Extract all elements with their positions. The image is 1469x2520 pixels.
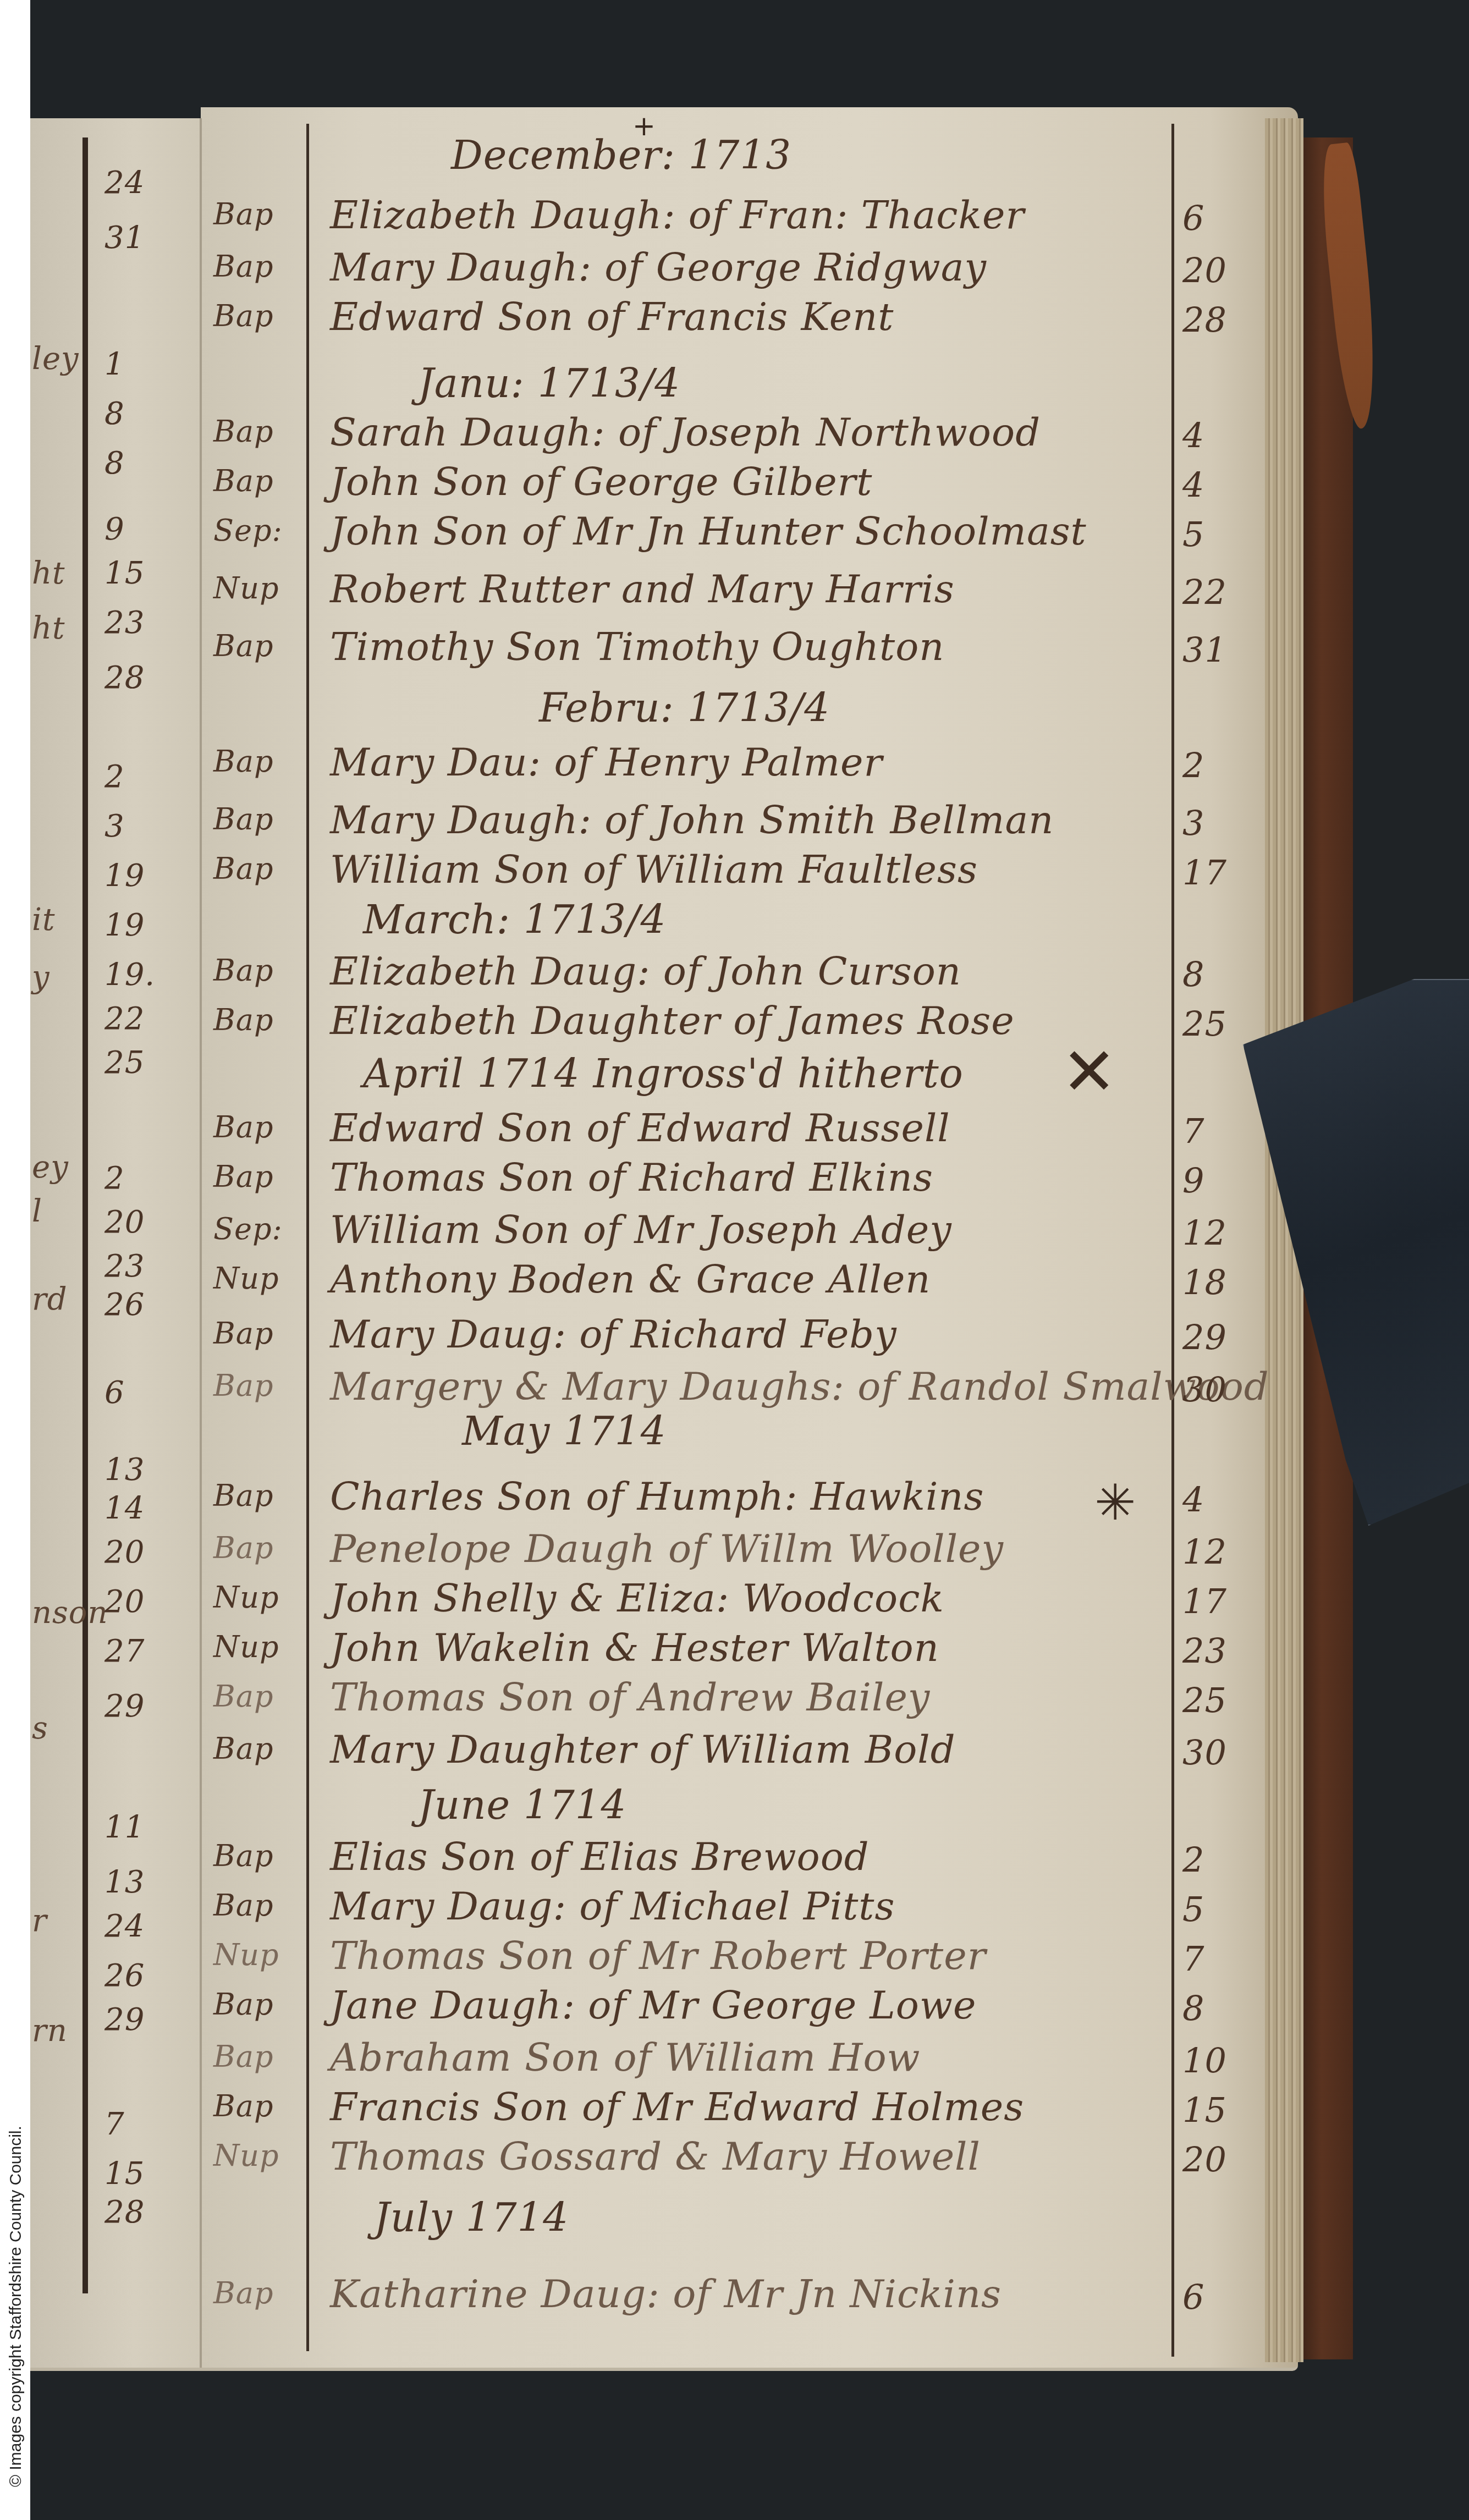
left-page-day-number: 2 (104, 759, 125, 795)
entry-day-number: 7 (1182, 1111, 1248, 1151)
entry-day-number: 30 (1182, 1369, 1248, 1410)
entry-type-label: Sep: (213, 1212, 283, 1246)
month-heading: May 1714 (462, 1408, 666, 1454)
left-page-fragment: rd (32, 1281, 68, 1317)
left-page-fragment: s (32, 1710, 48, 1746)
register-entry: Edward Son of Edward Russell (330, 1105, 950, 1151)
month-heading: April 1714 Ingross'd hitherto (363, 1050, 964, 1097)
register-entry: Penelope Daugh of Willm Woolley (330, 1526, 1004, 1571)
register-entry: Charles Son of Humph: Hawkins (330, 1474, 984, 1519)
entry-day-number: 2 (1182, 1840, 1248, 1880)
top-cross-mark: + (632, 110, 656, 142)
entry-type-label: Bap (213, 802, 273, 837)
left-page-fragment: y (32, 960, 50, 995)
copyright-notice: © Images copyright Staffordshire County … (7, 2126, 25, 2487)
left-page-fragment: ht (32, 555, 65, 591)
register-entry: Elizabeth Daugh: of Fran: Thacker (330, 192, 1025, 238)
month-heading: July 1714 (374, 2194, 569, 2241)
left-page-day-number: 14 (104, 1490, 145, 1526)
entry-type-label: Nup (213, 1630, 279, 1664)
entry-type-label: Bap (213, 197, 273, 232)
entry-day-number: 17 (1182, 852, 1248, 893)
entry-day-number: 23 (1182, 1631, 1248, 1671)
entry-day-number: 17 (1182, 1581, 1248, 1621)
register-entry: Elizabeth Daughter of James Rose (330, 998, 1015, 1043)
register-entry: John Wakelin & Hester Walton (330, 1625, 939, 1670)
left-page-day-number: 13 (104, 1864, 145, 1900)
register-entry: Thomas Son of Andrew Bailey (330, 1675, 930, 1720)
entry-day-number: 3 (1182, 803, 1248, 843)
entry-day-number: 25 (1182, 1004, 1248, 1044)
entry-type-label: Bap (213, 953, 273, 988)
left-page-day-number: 11 (104, 1809, 145, 1845)
entry-type-label: Bap (213, 851, 273, 886)
register-entry: John Son of Mr Jn Hunter Schoolmast (330, 509, 1087, 554)
entry-type-label: Nup (213, 2138, 279, 2173)
left-page-day-number: 26 (104, 1287, 145, 1323)
entry-day-number: 18 (1182, 1262, 1248, 1302)
entry-type-label: Bap (213, 1531, 273, 1565)
left-page-day-number: 23 (104, 605, 145, 641)
entry-type-label: Bap (213, 1368, 273, 1403)
register-entry: Thomas Son of Mr Robert Porter (330, 1933, 986, 1978)
entry-type-label: Nup (213, 1261, 279, 1296)
entry-day-number: 30 (1182, 1732, 1248, 1773)
entry-type-label: Bap (213, 1316, 273, 1351)
left-page-day-number: 28 (104, 660, 145, 696)
left-page-day-number: 2 (104, 1160, 125, 1196)
month-heading: June 1714 (418, 1782, 626, 1828)
entry-type-label: Bap (213, 299, 273, 333)
left-page-day-number: 9 (104, 511, 125, 547)
entry-type-label: Nup (213, 571, 279, 606)
register-entry: Mary Daugh: of George Ridgway (330, 245, 987, 290)
left-page-day-number: 29 (104, 2002, 145, 2038)
entry-day-number: 20 (1182, 2139, 1248, 2180)
entry-type-label: Bap (213, 1159, 273, 1194)
entry-type-label: Bap (213, 1888, 273, 1923)
entry-day-number: 5 (1182, 1889, 1248, 1929)
entry-type-label: Bap (213, 1987, 273, 2022)
entry-type-label: Sep: (213, 513, 283, 548)
register-entry: Timothy Son Timothy Oughton (330, 624, 944, 669)
entry-day-number: 4 (1182, 1479, 1248, 1520)
entry-day-number: 12 (1182, 1213, 1248, 1253)
entry-day-number: 25 (1182, 1680, 1248, 1720)
entry-type-label: Bap (213, 464, 273, 498)
register-entry: Thomas Gossard & Mary Howell (330, 2134, 981, 2179)
left-page-fragment: ley (32, 341, 79, 377)
entry-type-label: Bap (213, 2276, 273, 2310)
register-entry: Mary Dau: of Henry Palmer (330, 740, 883, 785)
type-column-rule (306, 124, 309, 2351)
entry-type-label: Bap (213, 1839, 273, 1873)
register-entry: Robert Rutter and Mary Harris (330, 566, 955, 612)
left-page-day-number: 23 (104, 1248, 145, 1284)
left-page-day-number: 19 (104, 858, 145, 894)
entry-day-number: 15 (1182, 2090, 1248, 2130)
entry-day-number: 5 (1182, 514, 1248, 554)
left-page-day-number: 24 (104, 165, 145, 201)
left-page-fragment: nson (32, 1595, 108, 1631)
entry-day-number: 29 (1182, 1317, 1248, 1357)
left-page-day-number: 7 (104, 2106, 125, 2142)
left-page-day-number: 8 (104, 396, 125, 432)
left-page-day-number: 20 (104, 1534, 145, 1570)
entry-type-label: Nup (213, 1580, 279, 1615)
entry-day-number: 20 (1182, 250, 1248, 290)
register-entry: Mary Daughter of William Bold (330, 1727, 955, 1772)
entry-day-number: 8 (1182, 954, 1248, 994)
left-page-rule (82, 137, 88, 2293)
register-entry: Francis Son of Mr Edward Holmes (330, 2084, 1024, 2130)
left-page-day-number: 22 (104, 1001, 145, 1037)
month-heading: March: 1713/4 (363, 896, 666, 943)
register-entry: Elizabeth Daug: of John Curson (330, 949, 961, 994)
left-page-day-number: 19 (104, 907, 145, 943)
entry-type-label: Bap (213, 1731, 273, 1766)
register-entry: John Shelly & Eliza: Woodcock (330, 1576, 944, 1621)
entry-day-number: 12 (1182, 1532, 1248, 1572)
left-page-day-number: 6 (104, 1375, 125, 1411)
entry-type-label: Bap (213, 414, 273, 449)
entry-day-number: 22 (1182, 572, 1248, 612)
left-page-day-number: 8 (104, 445, 125, 481)
left-page-day-number: 13 (104, 1452, 145, 1488)
register-entry: Jane Daugh: of Mr George Lowe (330, 1983, 976, 2028)
left-page-day-number: 1 (104, 346, 125, 382)
entry-type-label: Bap (213, 249, 273, 284)
left-page-day-number: 24 (104, 1908, 145, 1944)
entry-type-label: Bap (213, 629, 273, 663)
left-page-day-number: 15 (104, 555, 145, 591)
register-entry: Margery & Mary Daughs: of Randol Smalwoo… (330, 1364, 1269, 1409)
entry-day-number: 7 (1182, 1939, 1248, 1979)
left-page-day-number: 25 (104, 1045, 145, 1081)
entry-day-number: 6 (1182, 2277, 1248, 2317)
register-entry: Abraham Son of William How (330, 2035, 920, 2080)
entry-type-label: Bap (213, 1478, 273, 1513)
entry-day-number: 4 (1182, 465, 1248, 505)
entry-day-number: 31 (1182, 630, 1248, 670)
day-column-rule (1171, 124, 1174, 2357)
register-entry: Mary Daug: of Richard Feby (330, 1312, 897, 1357)
register-entry: Thomas Son of Richard Elkins (330, 1155, 933, 1200)
asterisk-mark: ✳ (1094, 1474, 1136, 1532)
left-page-fragment: rn (32, 2013, 68, 2049)
register-entry: John Son of George Gilbert (330, 459, 872, 504)
register-entry: Edward Son of Francis Kent (330, 294, 894, 339)
left-page-day-number: 3 (104, 808, 125, 844)
left-page-fragment: l (32, 1193, 42, 1229)
entry-type-label: Bap (213, 2039, 273, 2074)
entry-day-number: 8 (1182, 1988, 1248, 2028)
month-heading: Janu: 1713/4 (418, 360, 680, 406)
left-page-day-number: 15 (104, 2156, 145, 2192)
entry-type-label: Bap (213, 1679, 273, 1714)
entry-type-label: Bap (213, 1110, 273, 1145)
register-entry: William Son of William Faultless (330, 847, 978, 892)
left-page-day-number: 19. (104, 957, 155, 993)
left-page-day-number: 28 (104, 2194, 145, 2230)
cross-mark: ✕ (1061, 1034, 1117, 1110)
entry-day-number: 28 (1182, 300, 1248, 340)
entry-day-number: 9 (1182, 1160, 1248, 1201)
register-entry: Mary Daugh: of John Smith Bellman (330, 797, 1054, 843)
entry-type-label: Bap (213, 1003, 273, 1037)
left-page-day-number: 20 (104, 1204, 145, 1240)
register-entry: Mary Daug: of Michael Pitts (330, 1884, 895, 1929)
gutter-fold (200, 118, 202, 2368)
entry-day-number: 2 (1182, 745, 1248, 785)
entry-day-number: 10 (1182, 2040, 1248, 2081)
entry-type-label: Bap (213, 2089, 273, 2123)
month-heading: Febru: 1713/4 (539, 685, 830, 731)
left-page-day-number: 20 (104, 1584, 145, 1620)
entry-day-number: 4 (1182, 415, 1248, 455)
register-entry: Katharine Daug: of Mr Jn Nickins (330, 2271, 1002, 2317)
left-page-fragment: ey (32, 1149, 69, 1185)
month-heading: December: 1713 (451, 132, 791, 178)
copyright-strip: © Images copyright Staffordshire County … (0, 0, 30, 2520)
left-page-fragment: r (32, 1903, 47, 1939)
left-page-day-number: 31 (104, 220, 145, 256)
left-page-day-number: 29 (104, 1688, 145, 1724)
register-entry: Elias Son of Elias Brewood (330, 1834, 870, 1879)
left-page-day-number: 26 (104, 1958, 145, 1994)
left-page-fragment: ht (32, 610, 65, 646)
register-entry: Sarah Daugh: of Joseph Northwood (330, 410, 1041, 455)
register-entry: William Son of Mr Joseph Adey (330, 1207, 952, 1252)
entry-day-number: 6 (1182, 198, 1248, 238)
left-page-day-number: 27 (104, 1633, 145, 1669)
entry-type-label: Nup (213, 1938, 279, 1972)
register-entry: Anthony Boden & Grace Allen (330, 1257, 931, 1302)
entry-type-label: Bap (213, 744, 273, 779)
left-page-fragment: it (32, 902, 55, 938)
